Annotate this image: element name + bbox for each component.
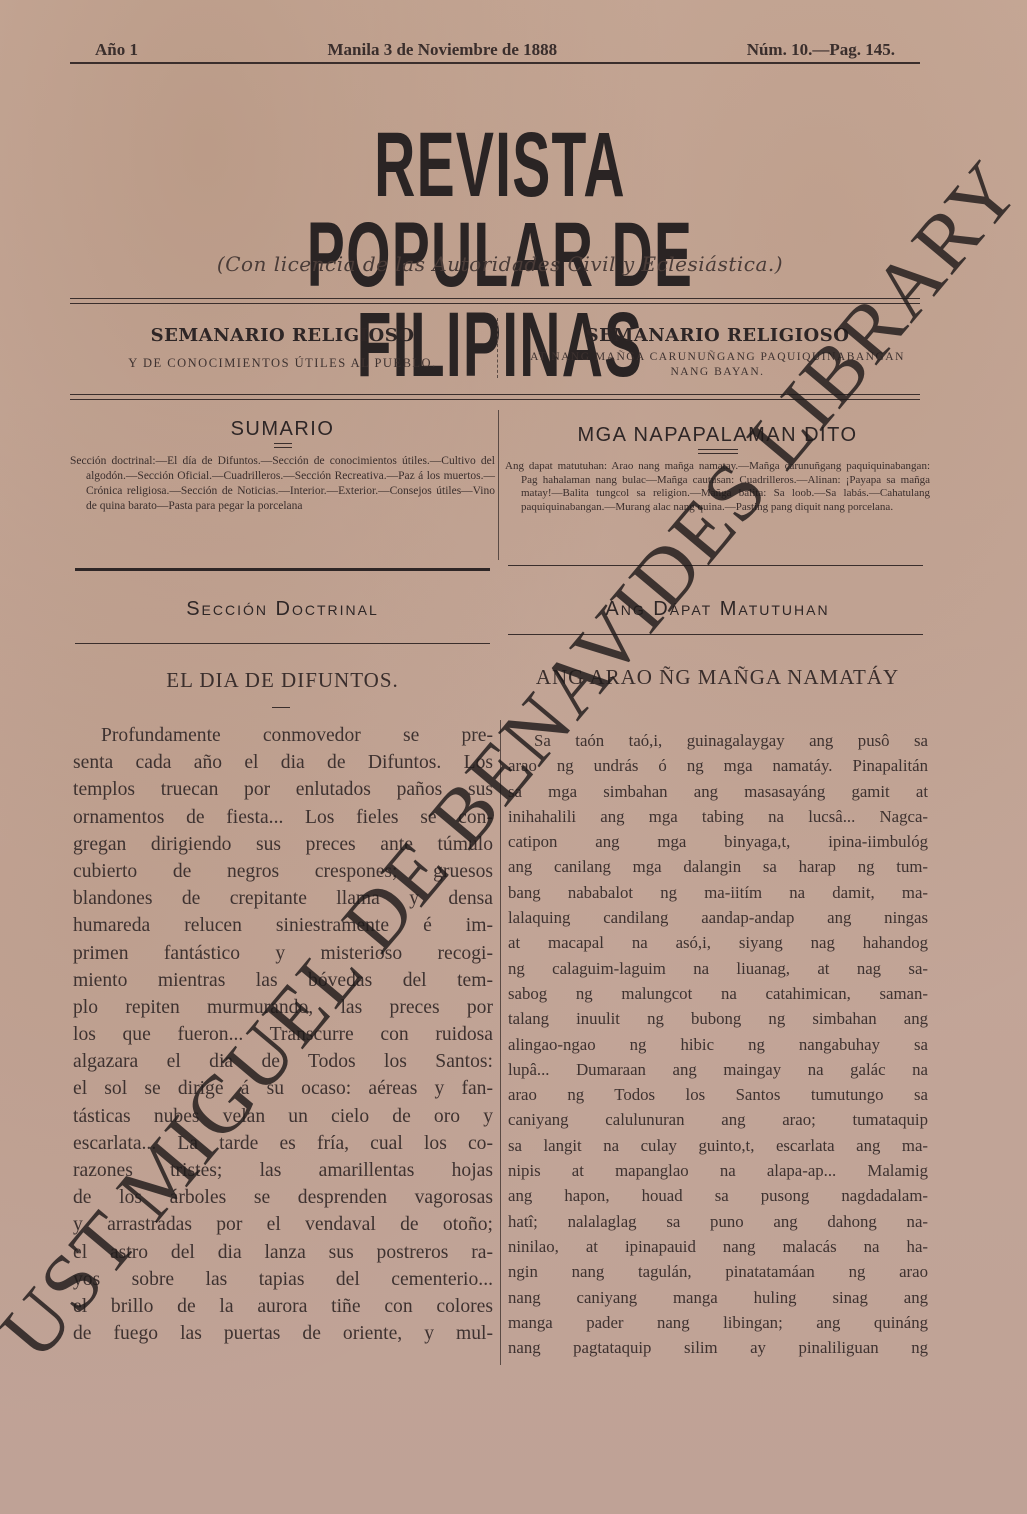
section-right-heading: Ang Dápat Matutuhan: [505, 598, 930, 621]
summary-right-title: MGA NAPAPALAMAN DITO: [505, 424, 930, 447]
article-line: lupâ... Dumaraan ang maingay na galác na: [508, 1057, 928, 1082]
subtitle-rule: [70, 394, 920, 400]
article-line: manga pader nang libingan; ang quináng: [508, 1310, 928, 1335]
subtitle-right-title: SEMANARIO RELIGIOSO: [505, 325, 930, 346]
article-line: bang nababalot ng ma-iitím na damit, ma-: [508, 880, 928, 905]
article-line: senta cada año el dia de Difuntos. Los: [73, 749, 493, 776]
article-line: lalaquing candilang aandap-andap ang nin…: [508, 905, 928, 930]
article-line: plo repiten murmurando, las preces por: [73, 994, 493, 1021]
article-line: primen fantástico y misterioso recogi-: [73, 940, 493, 967]
article-line: ornamentos de fiesta... Los fieles se co…: [73, 804, 493, 831]
summary-divider: [498, 410, 499, 560]
article-line: ngin nang tagulán, pinatatamáan ng arao: [508, 1259, 928, 1284]
article-line: los que fueron... Transcurre con ruidosa: [73, 1021, 493, 1048]
article-line: ng calaguim-laguim na liuanag, at nag sa…: [508, 956, 928, 981]
article-right-title-wrap: ANG ARAO ÑG MAÑGA NAMATÁY: [505, 665, 930, 690]
article-line: algazara el dia de Todos los Santos:: [73, 1048, 493, 1075]
dateline-bar: Año 1 Manila 3 de Noviembre de 1888 Núm.…: [70, 38, 920, 64]
article-line: hatî; nalalaglag sa puno ang dahong na-: [508, 1209, 928, 1234]
article-line: sa langit na culay guinto,t, escarlata a…: [508, 1133, 928, 1158]
section-left-rule: [75, 643, 490, 644]
article-right-title: ANG ARAO ÑG MAÑGA NAMATÁY: [505, 665, 930, 690]
section-right-header: Ang Dápat Matutuhan: [505, 598, 930, 621]
article-line: razones tristes; las amarillentas hojas: [73, 1157, 493, 1184]
article-line: sa mga simbahan ang masasayáng gamit at: [508, 779, 928, 804]
summary-left: SUMARIO Sección doctrinal:—El día de Dif…: [70, 418, 495, 514]
article-line: escarlata... La tarde es fría, cual los …: [73, 1130, 493, 1157]
article-line: arao ng undrás ó ng mga namatáy. Pinapal…: [508, 753, 928, 778]
article-left-title: EL DIA DE DIFUNTOS.: [70, 668, 495, 693]
article-line: caniyang calulunuran ang arao; tumataqui…: [508, 1107, 928, 1132]
article-line: templos truecan por enlutados paños sus: [73, 776, 493, 803]
article-line: de fuego las puertas de oriente, y mul-: [73, 1320, 493, 1347]
article-line: ang canilang mga dalangin sa harap ng tu…: [508, 854, 928, 879]
article-line: nang caniyang manga huling sinag ang: [508, 1285, 928, 1310]
summary-left-title: SUMARIO: [70, 418, 495, 441]
article-line: el brillo de la aurora tiñe con colores: [73, 1293, 493, 1320]
subtitle-left-sub: Y DE CONOCIMIENTOS ÚTILES AL PUEBLO.: [70, 356, 495, 371]
license-line: (Con licencia de las Autoridades Civil y…: [100, 252, 900, 276]
body-column-divider: [500, 720, 501, 1365]
article-line: sabog ng malungcot na catahimican, saman…: [508, 981, 928, 1006]
section-right-rule: [508, 634, 923, 635]
article-line: tásticas nubes velan un cielo de oro y: [73, 1103, 493, 1130]
article-line: talang inuulit ng bubong ng simbahan ang: [508, 1006, 928, 1031]
article-line: el astro del dia lanza sus postreros ra-: [73, 1239, 493, 1266]
article-line: Profundamente conmovedor se pre-: [73, 722, 493, 749]
article-line: alingao-ngao ng hibic ng nangabuhay sa: [508, 1032, 928, 1057]
subtitle-right-sub1: AT NANG MAÑGA CARUNUÑGANG PAQUIQUINABAÑG…: [505, 350, 930, 365]
article-line: yos sobre las tapias del cementerio...: [73, 1266, 493, 1293]
summary-left-text: Sección doctrinal:—El día de Difuntos.—S…: [70, 454, 495, 514]
article-line: arao ng Todos los Santos tumutungo sa: [508, 1082, 928, 1107]
summary-right: MGA NAPAPALAMAN DITO Ang dapat matutuhan…: [505, 424, 930, 514]
subtitle-right: SEMANARIO RELIGIOSO AT NANG MAÑGA CARUNU…: [505, 325, 930, 380]
masthead-title: REVISTA POPULAR DE FILIPINAS: [252, 120, 748, 210]
article-left-body: Profundamente conmovedor se pre- senta c…: [73, 722, 493, 1347]
article-line: catipon ang mga binyaga,t, ipina-iimbuló…: [508, 829, 928, 854]
summary-left-bottom-rule: [75, 568, 490, 571]
article-line: Sa taón taó,i, guinagalaygay ang pusô sa: [508, 728, 928, 753]
article-right-body: Sa taón taó,i, guinagalaygay ang pusô sa…: [508, 728, 928, 1360]
article-line: ang hapon, houad sa pusong nagdadalam-: [508, 1183, 928, 1208]
article-left-ornament: [272, 707, 290, 708]
article-line: nang pagtataquip silim ay pinaliliguan n…: [508, 1335, 928, 1360]
article-line: cubierto de negros crespones; gruesos: [73, 858, 493, 885]
section-left-header: Sección Doctrinal: [70, 598, 495, 621]
issue-date: Manila 3 de Noviembre de 1888: [303, 40, 583, 60]
section-left-heading: Sección Doctrinal: [70, 598, 495, 621]
summary-right-text: Ang dapat matutuhan: Arao nang mañga nam…: [505, 460, 930, 514]
article-line: humareda relucen siniestramente é im-: [73, 912, 493, 939]
article-line: miento mientras las bóvedas del tem-: [73, 967, 493, 994]
masthead-rule: [70, 298, 920, 304]
summary-right-bottom-rule: [508, 565, 923, 566]
article-line: de los árboles se desprenden vagorosas: [73, 1184, 493, 1211]
subtitle-left: SEMANARIO RELIGIOSO Y DE CONOCIMIENTOS Ú…: [70, 325, 495, 371]
article-line: el sol se dirige á su ocaso: aéreas y fa…: [73, 1075, 493, 1102]
article-line: nipis at mapanglao na alapa-ap... Malami…: [508, 1158, 928, 1183]
article-line: ninilao, at ipinapauid nang malacás na h…: [508, 1234, 928, 1259]
article-left-title-wrap: EL DIA DE DIFUNTOS.: [70, 668, 495, 693]
article-line: at macapal na asó,i, siyang nag hahandog: [508, 930, 928, 955]
article-line: y arrastradas por el vendaval de otoño;: [73, 1211, 493, 1238]
issue-year: Año 1: [70, 40, 163, 60]
article-line: blandones de crepitante llama y densa: [73, 885, 493, 912]
subtitle-right-sub2: NANG BAYAN.: [505, 365, 930, 380]
article-line: inihahalili ang mga tabing na lucsâ... N…: [508, 804, 928, 829]
subtitle-left-title: SEMANARIO RELIGIOSO: [70, 325, 495, 346]
article-line: gregan dirigiendo sus preces ante túmulo: [73, 831, 493, 858]
issue-number-page: Núm. 10.—Pag. 145.: [722, 40, 920, 60]
summary-right-ornament: [698, 449, 738, 454]
newspaper-page: Año 1 Manila 3 de Noviembre de 1888 Núm.…: [0, 0, 1027, 1514]
summary-left-ornament: [274, 443, 292, 448]
subtitle-divider: [497, 318, 499, 378]
